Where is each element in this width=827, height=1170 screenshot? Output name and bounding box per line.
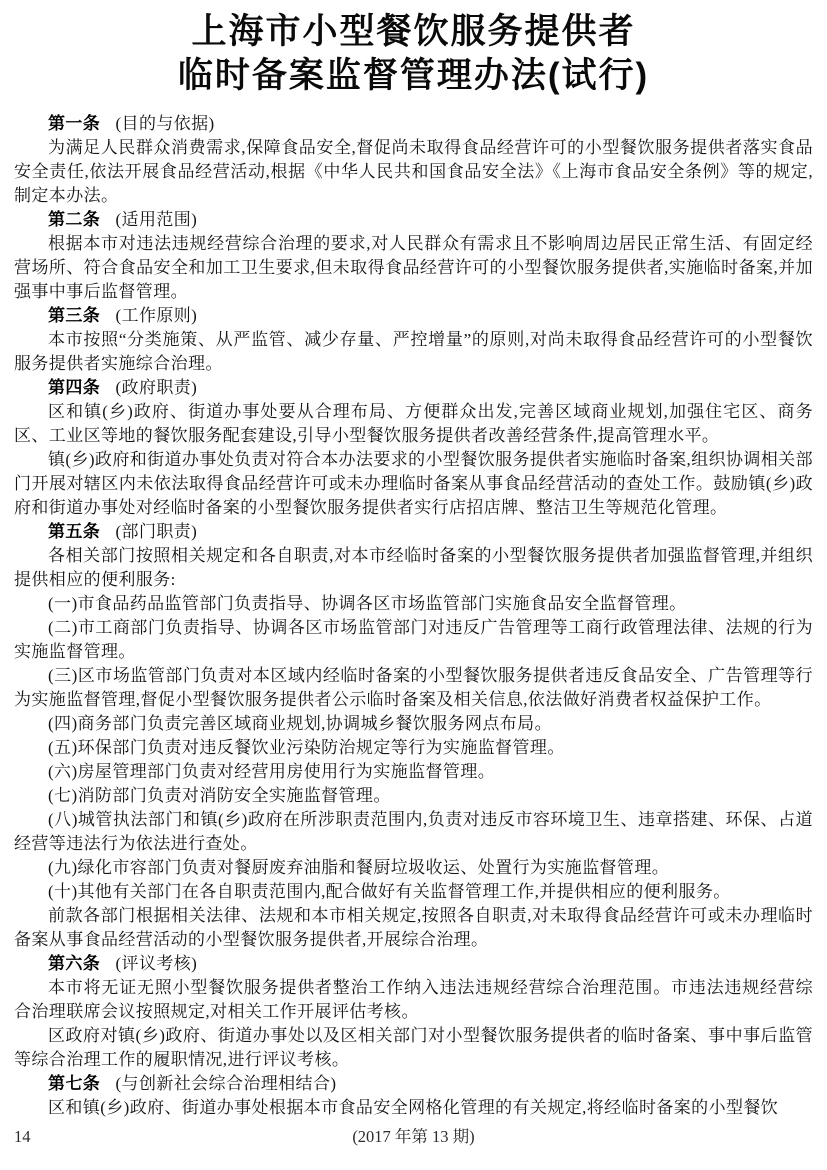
paragraph: 区和镇(乡)政府、街道办事处要从合理布局、方便群众出发,完善区域商业规划,加强住… <box>14 400 813 448</box>
paragraph: (八)城管执法部门和镇(乡)政府在所涉职责范围内,负责对违反市容环境卫生、违章搭… <box>14 808 813 856</box>
article-label: (评议考核) <box>116 954 198 973</box>
article-label: (政府职责) <box>116 378 198 397</box>
article-label: (适用范围) <box>116 210 198 229</box>
article-number: 第一条 <box>48 114 100 133</box>
article-number: 第二条 <box>48 210 100 229</box>
document-page: 上海市小型餐饮服务提供者 临时备案监督管理办法(试行) 第一条(目的与依据)为满… <box>0 0 827 1170</box>
article-number: 第四条 <box>48 378 100 397</box>
issue-label: (2017 年第 13 期) <box>0 1124 827 1150</box>
paragraph: (九)绿化市容部门负责对餐厨废弃油脂和餐厨垃圾收运、处置行为实施监督管理。 <box>14 856 813 880</box>
article-label: (目的与依据) <box>116 114 215 133</box>
article-label: (工作原则) <box>116 306 198 325</box>
document-body: 第一条(目的与依据)为满足人民群众消费需求,保障食品安全,督促尚未取得食品经营许… <box>0 98 827 1120</box>
article-heading: 第六条(评议考核) <box>14 952 813 976</box>
article-number: 第六条 <box>48 954 100 973</box>
paragraph: 为满足人民群众消费需求,保障食品安全,督促尚未取得食品经营许可的小型餐饮服务提供… <box>14 136 813 208</box>
article-heading: 第四条(政府职责) <box>14 376 813 400</box>
article-label: (与创新社会综合治理相结合) <box>116 1074 337 1093</box>
paragraph: (五)环保部门负责对违反餐饮业污染防治规定等行为实施监督管理。 <box>14 736 813 760</box>
paragraph: 本市将无证无照小型餐饮服务提供者整治工作纳入违法违规经营综合治理范围。市违法违规… <box>14 976 813 1024</box>
article-number: 第七条 <box>48 1074 100 1093</box>
page-footer: 14 (2017 年第 13 期) <box>0 1124 827 1150</box>
paragraph: (七)消防部门负责对消防安全实施监督管理。 <box>14 784 813 808</box>
paragraph: 镇(乡)政府和街道办事处负责对符合本办法要求的小型餐饮服务提供者实施临时备案,组… <box>14 448 813 520</box>
paragraph: (十)其他有关部门在各自职责范围内,配合做好有关监督管理工作,并提供相应的便利服… <box>14 880 813 904</box>
paragraph: 区和镇(乡)政府、街道办事处根据本市食品安全网格化管理的有关规定,将经临时备案的… <box>14 1096 813 1120</box>
paragraph: (一)市食品药品监管部门负责指导、协调各区市场监管部门实施食品安全监督管理。 <box>14 592 813 616</box>
paragraph: (三)区市场监管部门负责对本区域内经临时备案的小型餐饮服务提供者违反食品安全、广… <box>14 664 813 712</box>
article-heading: 第三条(工作原则) <box>14 304 813 328</box>
paragraph: (二)市工商部门负责指导、协调各区市场监管部门对违反广告管理等工商行政管理法律、… <box>14 616 813 664</box>
title-line-2: 临时备案监督管理办法(试行) <box>0 54 827 98</box>
article-label: (部门职责) <box>116 522 198 541</box>
article-heading: 第五条(部门职责) <box>14 520 813 544</box>
paragraph: 区政府对镇(乡)政府、街道办事处以及区相关部门对小型餐饮服务提供者的临时备案、事… <box>14 1024 813 1072</box>
article-heading: 第二条(适用范围) <box>14 208 813 232</box>
paragraph: (四)商务部门负责完善区域商业规划,协调城乡餐饮服务网点布局。 <box>14 712 813 736</box>
article-heading: 第一条(目的与依据) <box>14 112 813 136</box>
article-number: 第五条 <box>48 522 100 541</box>
paragraph: (六)房屋管理部门负责对经营用房使用行为实施监督管理。 <box>14 760 813 784</box>
paragraph: 各相关部门按照相关规定和各自职责,对本市经临时备案的小型餐饮服务提供者加强监督管… <box>14 544 813 592</box>
paragraph: 本市按照“分类施策、从严监管、减少存量、严控增量”的原则,对尚未取得食品经营许可… <box>14 328 813 376</box>
paragraph: 根据本市对违法违规经营综合治理的要求,对人民群众有需求且不影响周边居民正常生活、… <box>14 232 813 304</box>
document-title: 上海市小型餐饮服务提供者 临时备案监督管理办法(试行) <box>0 10 827 98</box>
title-line-1: 上海市小型餐饮服务提供者 <box>0 10 827 54</box>
article-heading: 第七条(与创新社会综合治理相结合) <box>14 1072 813 1096</box>
paragraph: 前款各部门根据相关法律、法规和本市相关规定,按照各自职责,对未取得食品经营许可或… <box>14 904 813 952</box>
article-number: 第三条 <box>48 306 100 325</box>
